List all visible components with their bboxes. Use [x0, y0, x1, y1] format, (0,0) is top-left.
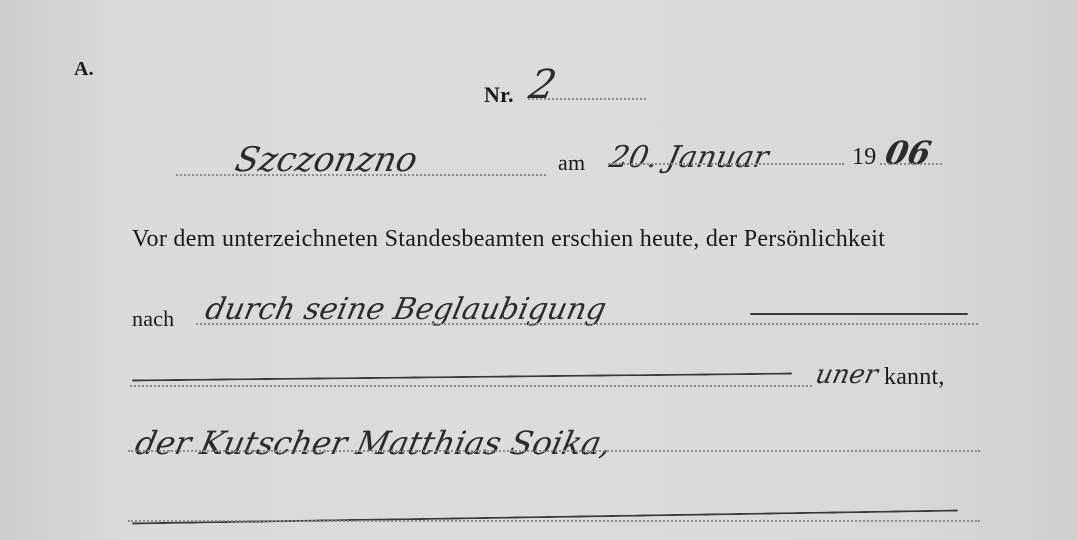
line2-prefix: nach — [132, 306, 174, 332]
number-rule — [528, 98, 646, 100]
printed-line-1: Vor dem unterzeichneten Standesbeamten e… — [132, 226, 885, 253]
line3-pen-stroke — [132, 373, 792, 382]
line4-handwritten: der Kutscher Matthias Soika, — [132, 424, 615, 462]
year-handwritten: 06 — [882, 134, 935, 172]
date-prefix: am — [558, 150, 585, 176]
year-printed: 19 — [852, 144, 876, 171]
line3-suffix: kannt, — [884, 364, 945, 391]
place-rule — [176, 174, 546, 176]
line5-rule — [128, 520, 980, 522]
line2-rule — [196, 323, 978, 325]
line2-handwritten: durch seine Beglaubigung — [202, 292, 609, 327]
date-handwritten: 20. Januar — [606, 140, 771, 175]
date-rule — [608, 163, 844, 165]
section-label: A. — [74, 58, 94, 81]
line2-pen-stroke — [750, 313, 968, 315]
line3-rule — [130, 385, 812, 387]
document-page: A. Nr. 2 Szczonzno am 20. Januar 19 06 V… — [0, 0, 1077, 540]
line3-handwritten-prefix: uner — [813, 360, 881, 390]
number-label: Nr. — [484, 82, 514, 108]
line4-rule — [128, 450, 980, 452]
record-number: 2 — [525, 62, 560, 108]
line5-pen-stroke — [132, 510, 958, 525]
year-rule — [880, 163, 942, 165]
